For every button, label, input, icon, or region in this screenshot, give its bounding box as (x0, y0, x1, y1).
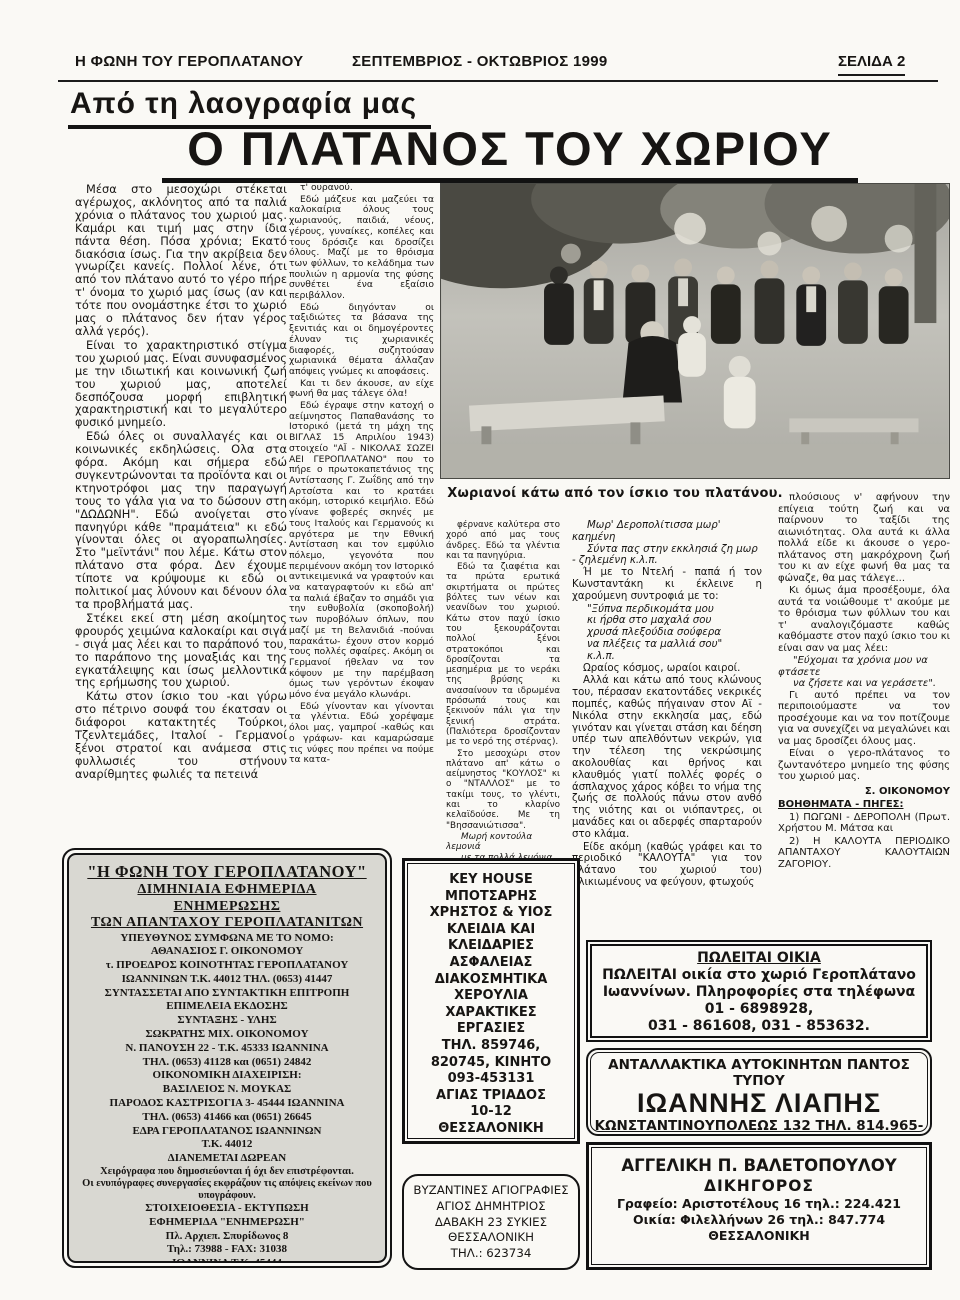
issue-date: ΣΕΠΤΕΜΒΡΙΟΣ - ΟΚΤΩΒΡΙΟΣ 1999 (352, 53, 608, 71)
ad-liapis: ΑΝΤΑΛΛΑΚΤΙΚΑ ΑΥΤΟΚΙΝΗΤΩΝ ΠΑΝΤΟΣ ΤΥΠΟΥ ΙΩ… (586, 1048, 932, 1136)
headline: Ο ΠΛΑΤΑΝΟΣ ΤΟΥ ΧΩΡΙΟΥ (162, 122, 858, 183)
ad-house-sale: ΠΩΛΕΙΤΑΙ ΟΙΚΙΑ ΠΩΛΕΙΤΑΙ οικία στο χωριό … (586, 940, 932, 1042)
article-column-2: τ' ουρανού.Εδώ μάζευε και μαζεύει τα καλ… (289, 183, 434, 843)
masthead-box: "Η ΦΩΝΗ ΤΟΥ ΓΕΡΟΠΛΑΤΑΝΟΥ"ΔΙΜΗΝΙΑΙΑ ΕΦΗΜΕ… (62, 848, 392, 1268)
ad-house-sale-lines: ΠΩΛΕΙΤΑΙ οικία στο χωριό ΓεροπλάτανοΙωαν… (592, 967, 926, 1035)
ad-lawyer-inner: ΑΓΓΕΛΙΚΗ Π. ΒΑΛΕΤΟΠΟΥΛΟΥ ΔΙΚΗΓΟΡΟΣ Γραφε… (591, 1147, 927, 1265)
ad-liapis-address: ΚΩΝΣΤΑΝΤΙΝΟΥΠΟΛΕΩΣ 132 ΤΗΛ. 814.965-835.… (591, 1118, 927, 1132)
ad-lawyer-city: ΘΕΣΣΑΛΟΝΙΚΗ (592, 1228, 926, 1244)
ad-liapis-name: ΙΩΑΝΝΗΣ ΛΙΑΠΗΣ (591, 1089, 927, 1118)
ad-lawyer: ΑΓΓΕΛΙΚΗ Π. ΒΑΛΕΤΟΠΟΥΛΟΥ ΔΙΚΗΓΟΡΟΣ Γραφε… (586, 1142, 932, 1270)
ad-liapis-inner: ΑΝΤΑΛΛΑΚΤΙΚΑ ΑΥΤΟΚΙΝΗΤΩΝ ΠΑΝΤΟΣ ΤΥΠΟΥ ΙΩ… (590, 1052, 928, 1132)
ad-byzantine-icons: ΒΥΖΑΝΤΙΝΕΣ ΑΓΙΟΓΡΑΦΙΕΣΑΓΙΟΣ ΔΗΜΗΤΡΙΟΣΔΑΒ… (402, 1174, 580, 1270)
ad-key-house-lines: KEY HOUSEΜΠΟΤΣΑΡΗΣΧΡΗΣΤΟΣ & ΥΙΟΣΚΛΕΙΔΙΑ … (407, 863, 575, 1139)
article-column-3: φέρνανε καλύτερα στο χορό από μας τους ά… (446, 520, 560, 858)
ad-house-sale-inner: ΠΩΛΕΙΤΑΙ ΟΙΚΙΑ ΠΩΛΕΙΤΑΙ οικία στο χωριό … (590, 944, 928, 1038)
villagers-photo-illustration (441, 184, 949, 478)
ad-key-house: KEY HOUSEΜΠΟΤΣΑΡΗΣΧΡΗΣΤΟΣ & ΥΙΟΣΚΛΕΙΔΙΑ … (402, 858, 580, 1144)
newspaper-page: Η ΦΩΝΗ ΤΟΥ ΓΕΡΟΠΛΑΤΑΝΟΥ ΣΕΠΤΕΜΒΡΙΟΣ - ΟΚ… (0, 0, 960, 1300)
ad-lawyer-home: Οικία: Φιλελλήνων 26 τηλ.: 847.774 (592, 1212, 926, 1228)
photo-caption: Χωριανοί κάτω από τον ίσκιο του πλατάνου… (440, 486, 790, 502)
masthead-lines: "Η ΦΩΝΗ ΤΟΥ ΓΕΡΟΠΛΑΤΑΝΟΥ"ΔΙΜΗΝΙΑΙΑ ΕΦΗΜΕ… (67, 853, 387, 1263)
ad-house-sale-title: ΠΩΛΕΙΤΑΙ ΟΙΚΙΑ (592, 950, 926, 967)
article-column-5: πλούσιους ν' αφήνουν την επίγεια τούτη ζ… (778, 492, 950, 912)
ad-liapis-tagline: ΑΝΤΑΛΛΑΚΤΙΚΑ ΑΥΤΟΚΙΝΗΤΩΝ ΠΑΝΤΟΣ ΤΥΠΟΥ (591, 1057, 927, 1089)
article-column-4: Μωρ' Δεροπολίτισσα μωρ' καημένηΣύντα πας… (572, 520, 762, 934)
ad-lawyer-role: ΔΙΚΗΓΟΡΟΣ (592, 1176, 926, 1196)
page-number: ΣΕΛΙΔΑ 2 (838, 53, 905, 76)
ad-lawyer-name: ΑΓΓΕΛΙΚΗ Π. ΒΑΛΕΤΟΠΟΥΛΟΥ (592, 1156, 926, 1176)
article-column-1: Μέσα στο μεσοχώρι στέκεται αγέρωχος, ακλ… (75, 183, 287, 843)
villagers-photo (440, 183, 950, 479)
header-rule (58, 80, 938, 82)
newspaper-name: Η ΦΩΝΗ ΤΟΥ ΓΕΡΟΠΛΑΤΑΝΟΥ (75, 53, 303, 71)
ad-lawyer-office: Γραφείο: Αριστοτέλους 16 τηλ.: 224.421 (592, 1196, 926, 1212)
